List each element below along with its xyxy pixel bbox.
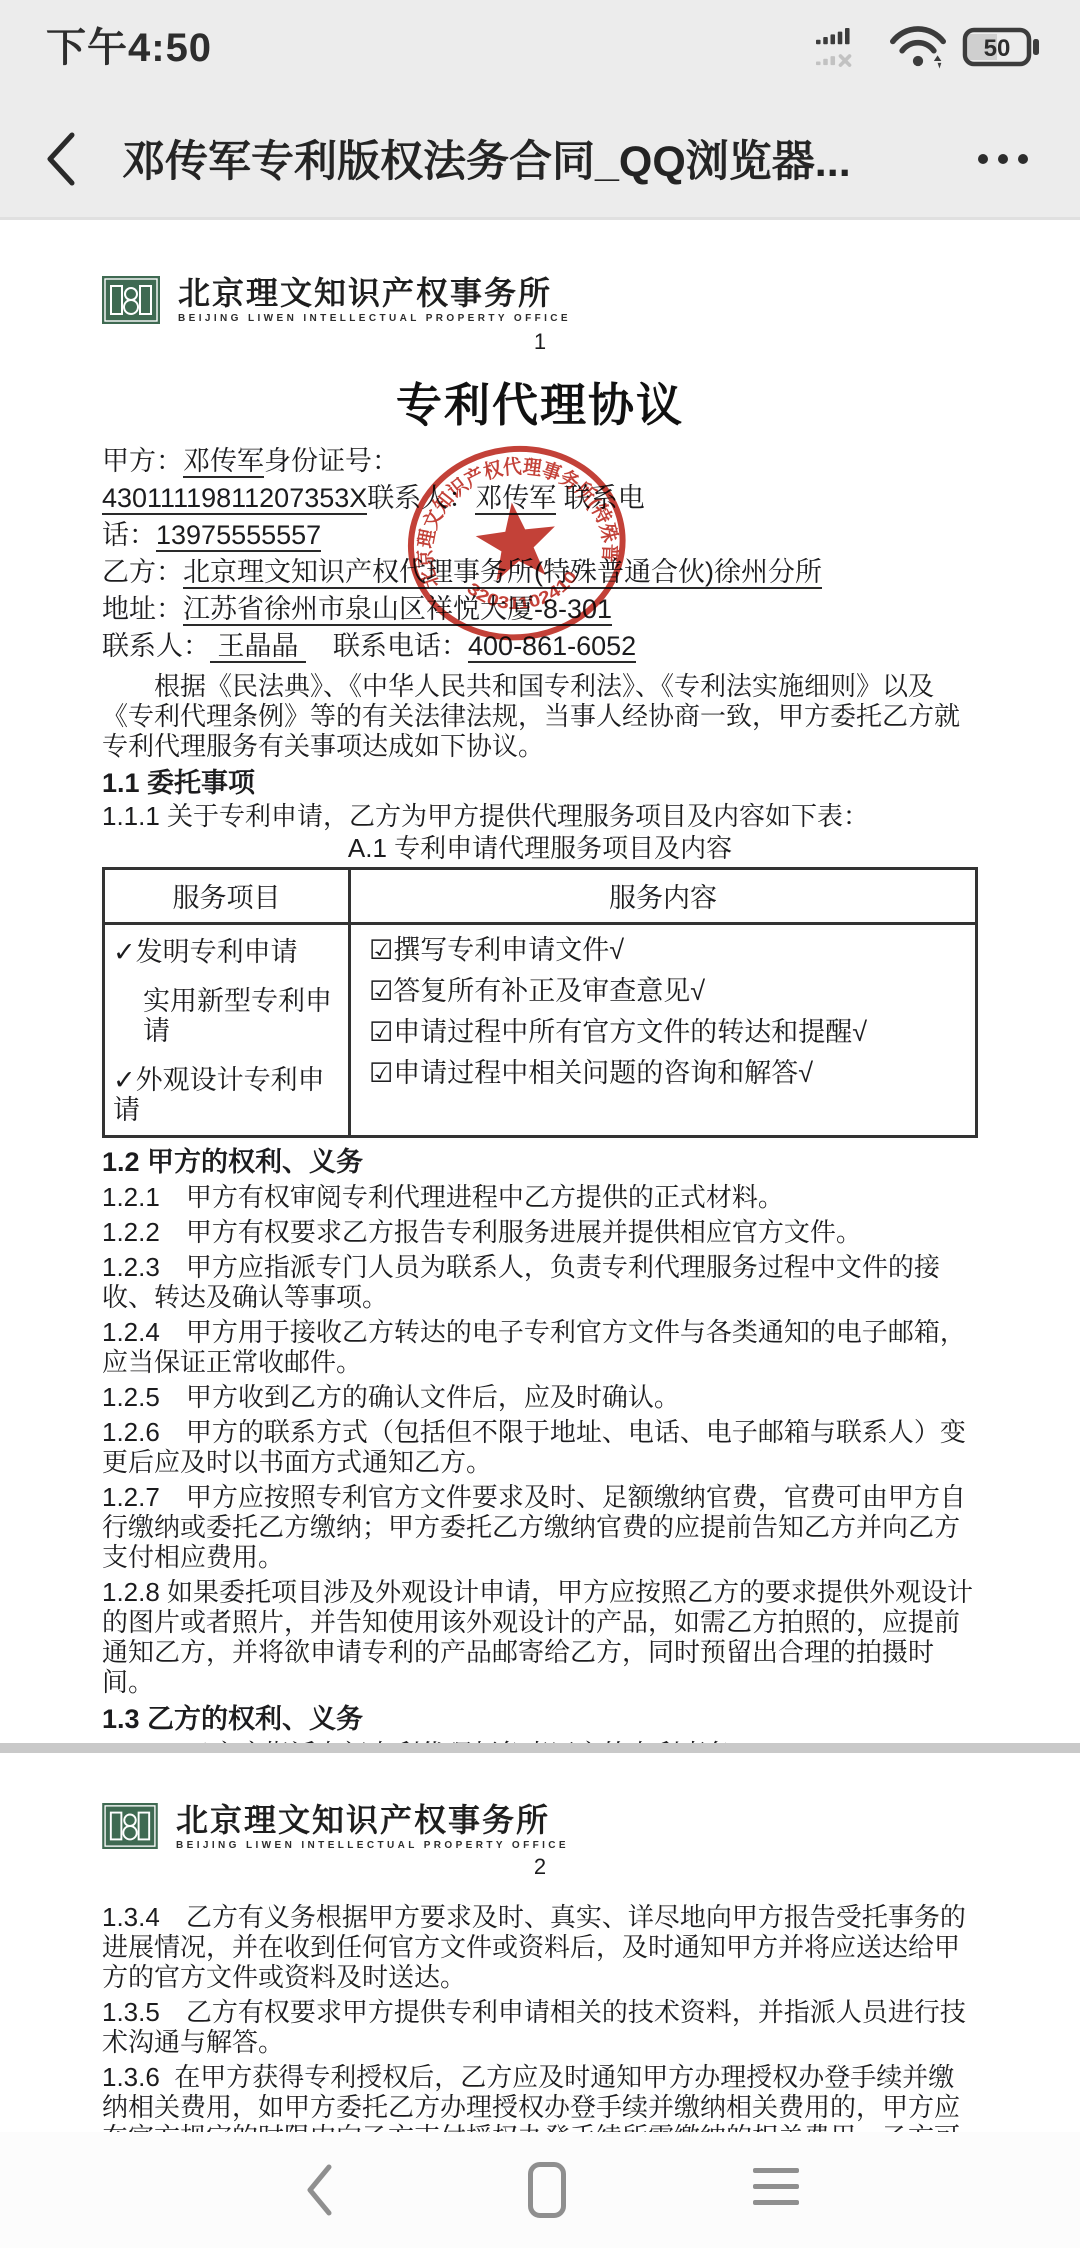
cellular-signal-icon <box>816 25 874 74</box>
company-name-en: BEIJING LIWEN INTELLECTUAL PROPERTY OFFI… <box>178 313 571 324</box>
clause-line: 1.3.5 乙方有权要求甲方提供专利申请相关的技术资料，并指派人员进行技术沟通与… <box>102 1997 978 2057</box>
contract-heading: 专利代理协议 <box>102 369 978 435</box>
company-logo: 北京理文知识产权事务所 BEIJING LIWEN INTELLECTUAL P… <box>102 1803 978 1849</box>
chevron-left-icon <box>44 131 78 187</box>
page-number: 2 <box>102 1854 978 1880</box>
filled-in-value: 邓传军 <box>183 446 264 478</box>
status-icons: 50 <box>816 24 1042 75</box>
more-menu-button[interactable] <box>978 154 1028 164</box>
party-info-line: 甲方：邓传军身份证号： <box>102 443 978 480</box>
service-content-line: ☑撰写专利申请文件√ <box>369 935 975 965</box>
service-table-body: ✓发明专利申请实用新型专利申请✓外观设计专利申请 ☑撰写专利申请文件√☑答复所有… <box>105 925 975 1135</box>
service-item: ✓外观设计专利申请 <box>113 1065 348 1125</box>
party-info-line: 地址：江苏省徐州市泉山区祥悦大厦-8-301 <box>102 591 978 628</box>
section-1-2-heading: 1.2 甲方的权利、义务 <box>102 1147 978 1178</box>
clause-line: 1.3.4 乙方有义务根据甲方要求及时、真实、详尽地向甲方报告受托事务的进展情况… <box>102 1902 978 1992</box>
browser-title-bar: 邓传军专利版权法务合同_QQ浏览器... <box>0 100 1080 220</box>
company-logo: 北京理文知识产权事务所 BEIJING LIWEN INTELLECTUAL P… <box>102 276 978 324</box>
field-label: 联系电 <box>556 483 645 513</box>
filled-in-value: 邓传军 <box>475 483 556 515</box>
filled-in-value: 王晶晶 <box>210 631 306 663</box>
filled-in-value: 北京理文知识产权代理事务所(特殊普通合伙)徐州分所 <box>183 557 822 589</box>
field-label: 身份证号： <box>264 446 399 476</box>
company-name-cn: 北京理文知识产权事务所 <box>176 1803 569 1837</box>
party-info-line: 话：13975555557 <box>102 517 978 554</box>
nav-menu-line-icon <box>753 2184 799 2189</box>
field-label: 联系人： <box>367 483 475 513</box>
field-label: 话： <box>102 520 156 550</box>
clause-line: 1.2.2 甲方有权要求乙方报告专利服务进展并提供相应官方文件。 <box>102 1217 978 1247</box>
party-info-line: 43011119811207353X联系人：邓传军 联系电 <box>102 480 978 517</box>
android-nav-bar <box>0 2132 1080 2248</box>
company-name-en: BEIJING LIWEN INTELLECTUAL PROPERTY OFFI… <box>176 1840 569 1851</box>
clause-line: 1.2.3 甲方应指派专门人员为联系人，负责专利代理服务过程中文件的接收、转达及… <box>102 1252 978 1312</box>
document-title: 邓传军专利版权法务合同_QQ浏览器... <box>122 128 851 189</box>
party-info-line: 联系人： 王晶晶 联系电话：400-861-6052 <box>102 628 978 665</box>
filled-in-value: 江苏省徐州市泉山区祥悦大厦-8-301 <box>183 594 612 626</box>
clause-line: 1.2.7 甲方应按照专利官方文件要求及时、足额缴纳官费，官费可由甲方自行缴纳或… <box>102 1482 978 1572</box>
page-number: 1 <box>102 329 978 355</box>
service-table: 服务项目 服务内容 ✓发明专利申请实用新型专利申请✓外观设计专利申请 ☑撰写专利… <box>102 867 978 1138</box>
wifi-icon <box>890 24 946 75</box>
menu-dot-icon <box>978 154 988 164</box>
nav-menu-line-icon <box>753 2168 799 2173</box>
nav-menu-button[interactable] <box>753 2168 799 2205</box>
company-logo-text: 北京理文知识产权事务所 BEIJING LIWEN INTELLECTUAL P… <box>176 1803 569 1851</box>
status-bar: 下午4:50 <box>0 0 1080 100</box>
section-1-3-heading: 1.3 乙方的权利、义务 <box>102 1704 978 1735</box>
service-content-line: ☑申请过程中所有官方文件的转达和提醒√ <box>369 1017 975 1047</box>
menu-dot-icon <box>998 154 1008 164</box>
table-caption: A.1 专利申请代理服务项目及内容 <box>102 833 978 864</box>
column-header-service-content: 服务内容 <box>351 870 975 922</box>
clause-line: 1.2.6 甲方的联系方式（包括但不限于地址、电话、电子邮箱与联系人）变更后应及… <box>102 1417 978 1477</box>
liwen-logo-mark-icon <box>102 276 160 324</box>
nav-menu-line-icon <box>753 2200 799 2205</box>
nav-back-button[interactable] <box>305 2164 333 2221</box>
service-content-line: ☑答复所有补正及审查意见√ <box>369 976 975 1006</box>
battery-icon: 50 <box>962 25 1042 74</box>
service-content-line: ☑申请过程中相关问题的咨询和解答√ <box>369 1058 975 1088</box>
intro-paragraph: 根据《民法典》、《中华人民共和国专利法》、《专利法实施细则》以及《专利代理条例》… <box>102 671 978 761</box>
liwen-logo-mark-icon <box>102 1803 158 1849</box>
clause-line: 1.2.5 甲方收到乙方的确认文件后，应及时确认。 <box>102 1382 978 1412</box>
clause-1-1-1: 1.1.1 关于专利申请，乙方为甲方提供代理服务项目及内容如下表： <box>102 801 978 832</box>
clause-line: 1.2.8 如果委托项目涉及外观设计申请，甲方应按照乙方的要求提供外观设计的图片… <box>102 1577 978 1697</box>
nav-home-button[interactable] <box>528 2162 566 2218</box>
party-info-line: 乙方：北京理文知识产权代理事务所(特殊普通合伙)徐州分所 <box>102 554 978 591</box>
contract-page-1[interactable]: 北京理文知识产权事务所 BEIJING LIWEN INTELLECTUAL P… <box>0 220 1080 1743</box>
section-1-2-clauses: 1.2.1 甲方有权审阅专利代理进程中乙方提供的正式材料。1.2.2 甲方有权要… <box>102 1182 978 1697</box>
field-label: 联系电话： <box>306 631 468 661</box>
filled-in-value: 400-861-6052 <box>468 631 636 663</box>
service-table-header: 服务项目 服务内容 <box>105 870 975 925</box>
service-item: 实用新型专利申请 <box>113 986 348 1046</box>
back-button[interactable] <box>38 129 84 189</box>
clause-line: 1.2.4 甲方用于接收乙方转达的电子专利官方文件与各类通知的电子邮箱，应当保证… <box>102 1317 978 1377</box>
field-label: 甲方： <box>102 446 183 476</box>
page-gap-divider <box>0 1743 1080 1753</box>
status-time: 下午4:50 <box>46 16 212 73</box>
party-info-block: 甲方：邓传军身份证号：43011119811207353X联系人：邓传军 联系电… <box>102 443 978 665</box>
company-logo-text: 北京理文知识产权事务所 BEIJING LIWEN INTELLECTUAL P… <box>178 276 571 324</box>
field-label: 乙方： <box>102 557 183 587</box>
section-1-1-heading: 1.1 委托事项 <box>102 768 978 799</box>
filled-in-value: 13975555557 <box>156 520 321 552</box>
service-contents-cell: ☑撰写专利申请文件√☑答复所有补正及审查意见√☑申请过程中所有官方文件的转达和提… <box>351 925 975 1135</box>
company-name-cn: 北京理文知识产权事务所 <box>178 276 571 310</box>
field-label: 联系人： <box>102 631 210 661</box>
filled-in-value: 43011119811207353X <box>102 483 367 515</box>
nav-back-chevron-icon <box>305 2164 333 2216</box>
phone-screen: 下午4:50 <box>0 0 1080 2248</box>
menu-dot-icon <box>1018 154 1028 164</box>
service-items-cell: ✓发明专利申请实用新型专利申请✓外观设计专利申请 <box>105 925 351 1135</box>
service-item: ✓发明专利申请 <box>113 937 348 967</box>
battery-level-text: 50 <box>984 35 1011 62</box>
clause-line: 1.2.1 甲方有权审阅专利代理进程中乙方提供的正式材料。 <box>102 1182 978 1212</box>
column-header-service-item: 服务项目 <box>105 870 351 922</box>
field-label: 地址： <box>102 594 183 624</box>
